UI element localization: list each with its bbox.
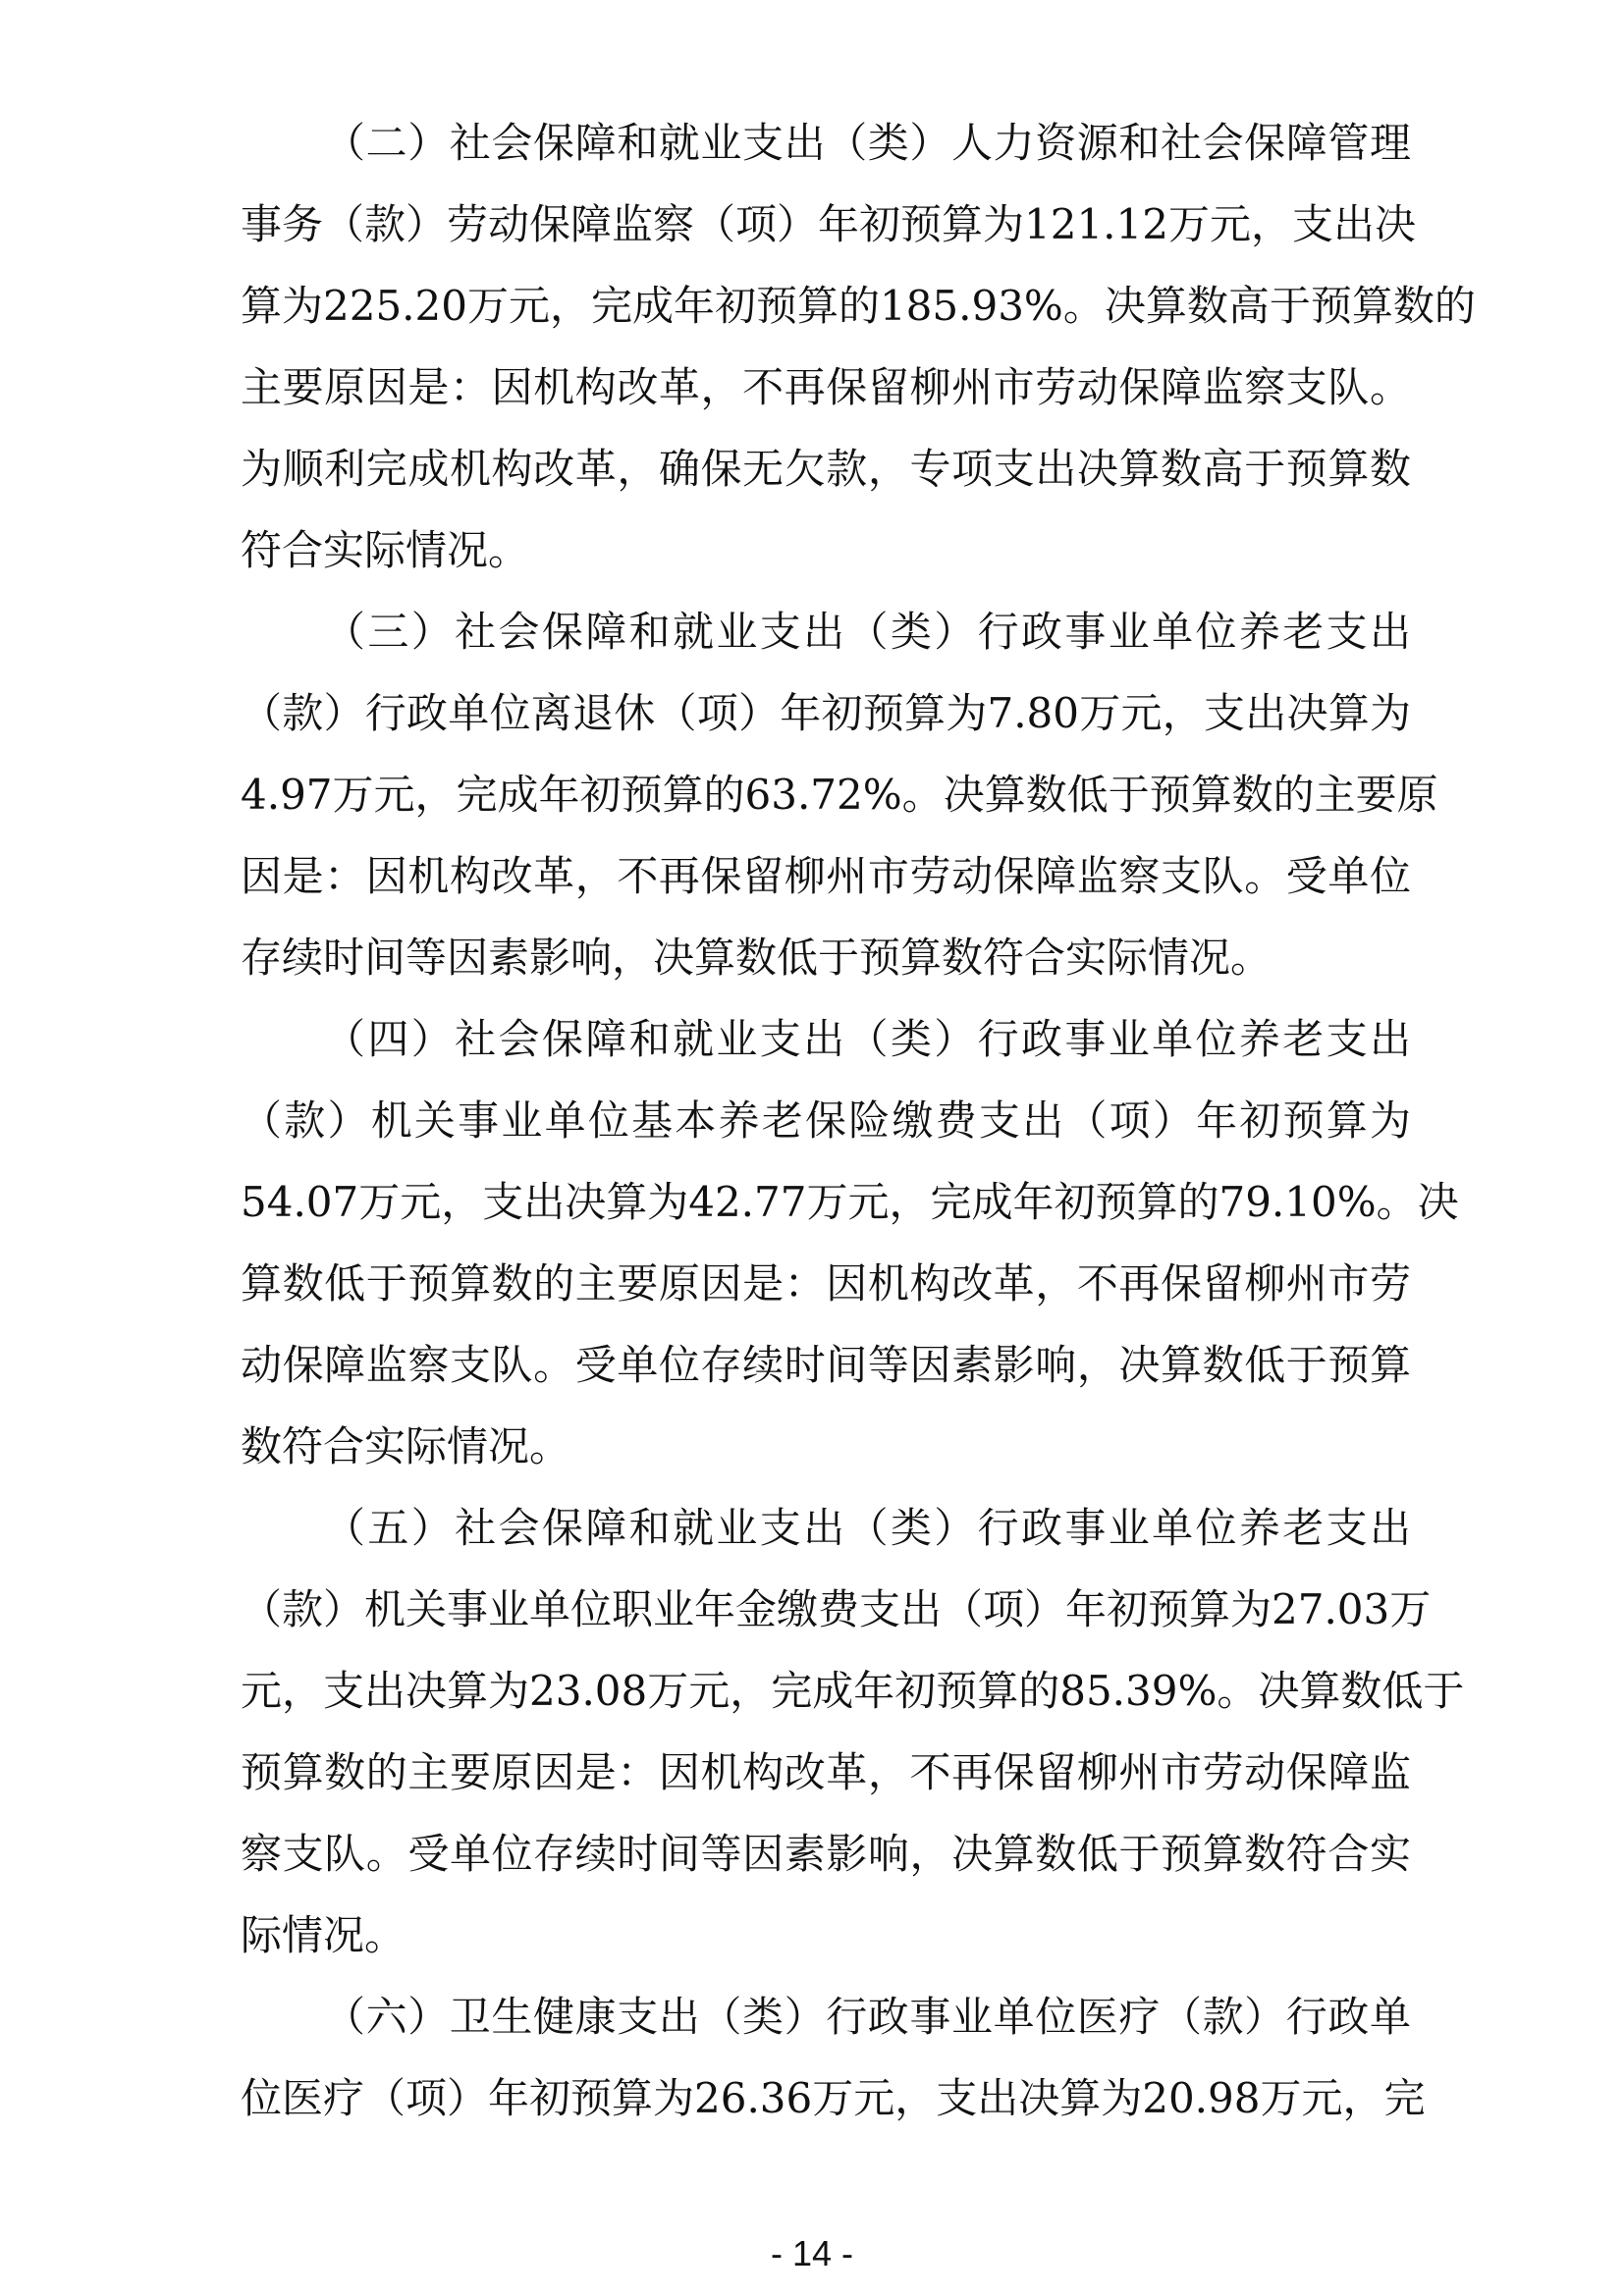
- paragraph-2-line-2: 事务（款）劳动保障监察（项）年初预算为121.12万元，支出决: [241, 199, 1411, 250]
- document-page: （二）社会保障和就业支出（类）人力资源和社会保障管理 事务（款）劳动保障监察（项…: [0, 0, 1624, 2296]
- paragraph-4-line-5: 动保障监察支队。受单位存续时间等因素影响，决算数低于预算: [241, 1340, 1411, 1391]
- paragraph-3-line-2: （款）行政单位离退休（项）年初预算为7.80万元，支出决算为: [241, 688, 1411, 739]
- paragraph-2-line-4: 主要原因是：因机构改革，不再保留柳州市劳动保障监察支队。: [241, 362, 1411, 413]
- page-number: - 14 -: [0, 2233, 1624, 2274]
- paragraph-4-line-2: （款）机关事业单位基本养老保险缴费支出（项）年初预算为: [241, 1095, 1411, 1147]
- paragraph-6-line-1: （六）卫生健康支出（类）行政事业单位医疗（款）行政单: [324, 1992, 1411, 2043]
- paragraph-3-line-5: 存续时间等因素影响，决算数低于预算数符合实际情况。: [241, 933, 1411, 984]
- paragraph-3-line-1: （三）社会保障和就业支出（类）行政事业单位养老支出: [324, 607, 1411, 658]
- paragraph-5-line-3: 元，支出决算为23.08万元，完成年初预算的85.39%。决算数低于: [241, 1666, 1411, 1717]
- paragraph-5-line-5: 察支队。受单位存续时间等因素影响，决算数低于预算数符合实: [241, 1829, 1411, 1880]
- paragraph-5-line-4: 预算数的主要原因是：因机构改革，不再保留柳州市劳动保障监: [241, 1747, 1411, 1798]
- paragraph-6-line-2: 位医疗（项）年初预算为26.36万元，支出决算为20.98万元，完: [241, 2073, 1411, 2124]
- paragraph-5-line-2: （款）机关事业单位职业年金缴费支出（项）年初预算为27.03万: [241, 1584, 1411, 1635]
- paragraph-4-line-3: 54.07万元，支出决算为42.77万元，完成年初预算的79.10%。决: [241, 1177, 1411, 1228]
- paragraph-5-line-6: 际情况。: [241, 1910, 1411, 1961]
- paragraph-4-line-4: 算数低于预算数的主要原因是：因机构改革，不再保留柳州市劳: [241, 1258, 1411, 1309]
- paragraph-2-line-3: 算为225.20万元，完成年初预算的185.93%。决算数高于预算数的: [241, 281, 1411, 332]
- paragraph-2-line-6: 符合实际情况。: [241, 525, 1411, 576]
- paragraph-2-line-1: （二）社会保障和就业支出（类）人力资源和社会保障管理: [324, 118, 1411, 169]
- paragraph-2-line-5: 为顺利完成机构改革，确保无欠款，专项支出决算数高于预算数: [241, 444, 1411, 495]
- paragraph-4-line-6: 数符合实际情况。: [241, 1421, 1411, 1472]
- paragraph-3-line-3: 4.97万元，完成年初预算的63.72%。决算数低于预算数的主要原: [241, 770, 1411, 821]
- paragraph-5-line-1: （五）社会保障和就业支出（类）行政事业单位养老支出: [324, 1503, 1411, 1554]
- paragraph-3-line-4: 因是：因机构改革，不再保留柳州市劳动保障监察支队。受单位: [241, 851, 1411, 902]
- paragraph-4-line-1: （四）社会保障和就业支出（类）行政事业单位养老支出: [324, 1014, 1411, 1065]
